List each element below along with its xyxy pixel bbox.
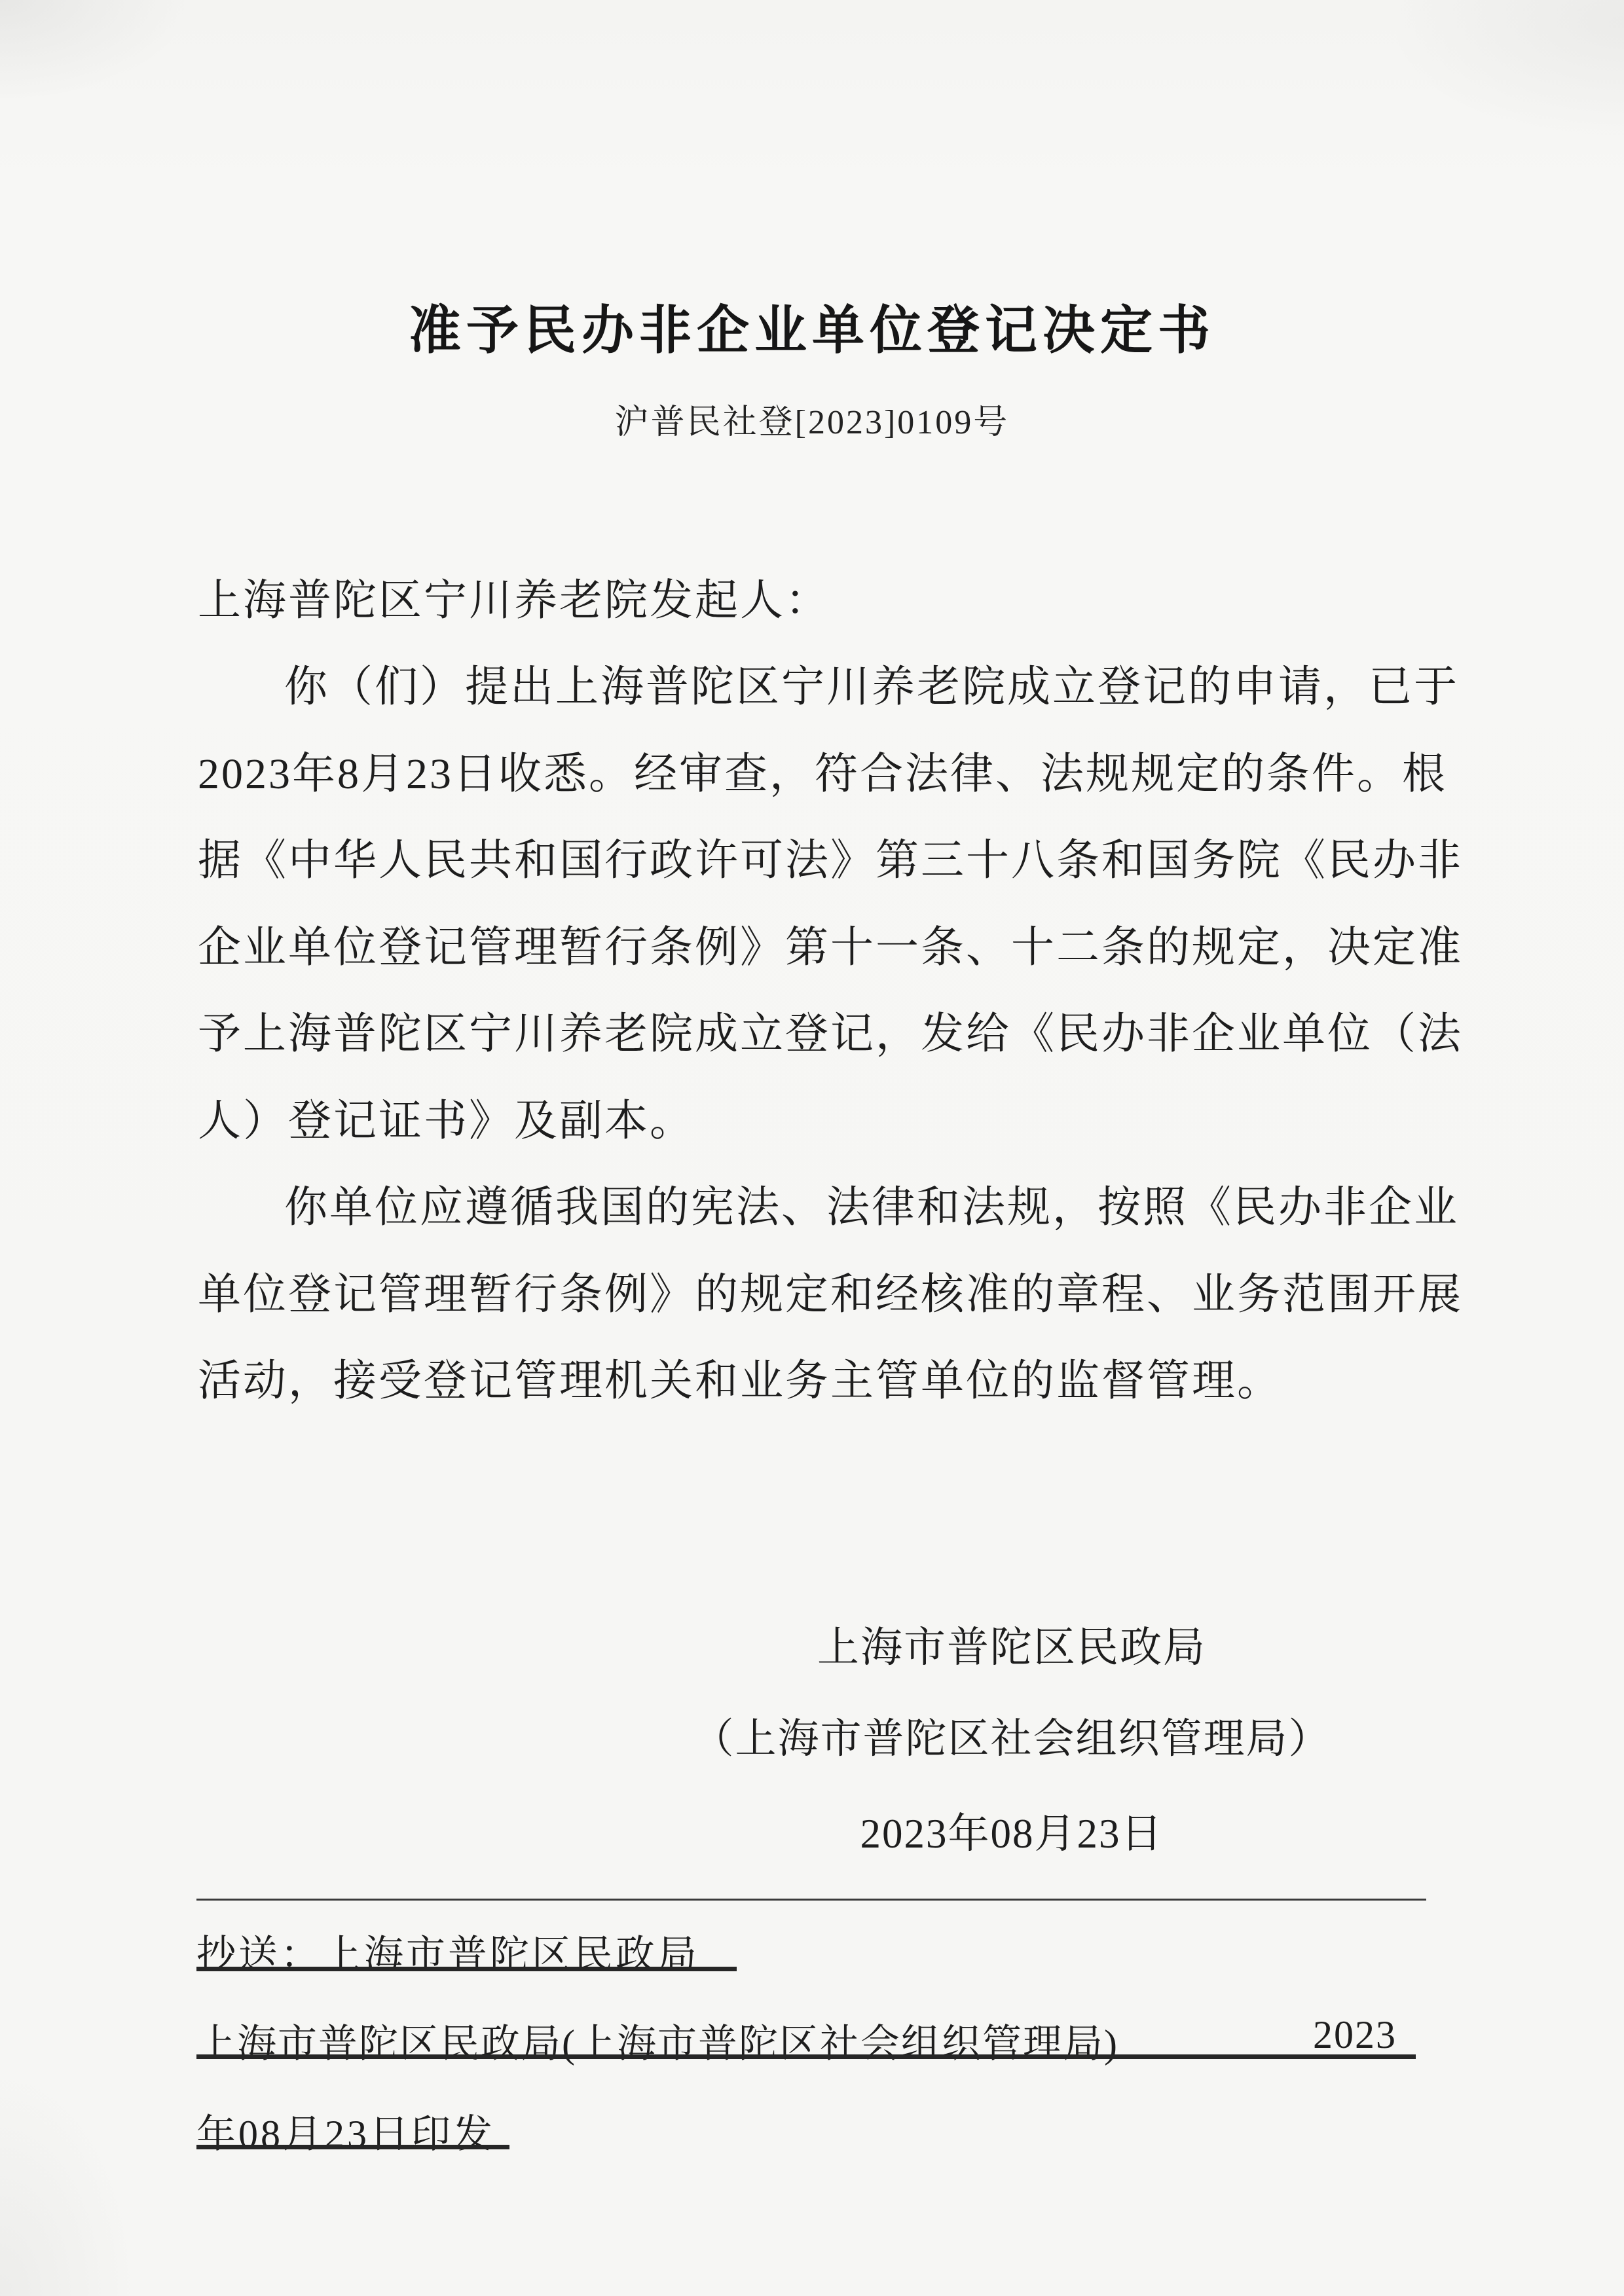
body-line: 单位登记管理暂行条例》的规定和经核准的章程、业务范围开展 xyxy=(198,1273,1445,1317)
footer-divider xyxy=(196,1899,1426,1901)
issue-tail-underline xyxy=(196,2145,509,2149)
body-line: 你（们）提出上海普陀区宁川养老院成立登记的申请，已于 xyxy=(198,666,1532,709)
body-line: 人）登记证书》及副本。 xyxy=(198,1100,1445,1143)
page-title: 准予民办非企业单位登记决定书 xyxy=(0,288,1624,363)
issue-org: 上海市普陀区民政局(上海市普陀区社会组织管理局) xyxy=(196,2022,1118,2066)
body-line: 企业单位登记管理暂行条例》第十一条、十二条的规定，决定准 xyxy=(198,926,1445,970)
scanned-decision-letter: 准予民办非企业单位登记决定书 沪普民社登[2023]0109号 上海普陀区宁川养… xyxy=(0,0,1624,2296)
body-line: 予上海普陀区宁川养老院成立登记，发给《民办非企业单位（法 xyxy=(198,1013,1445,1056)
body-line: 据《中华人民共和国行政许可法》第三十八条和国务院《民办非 xyxy=(198,839,1445,883)
cc-underline xyxy=(196,1967,737,1971)
issue-line: 上海市普陀区民政局(上海市普陀区社会组织管理局) 2023 xyxy=(196,2013,1118,2069)
document-number: 沪普民社登[2023]0109号 xyxy=(0,394,1624,443)
signature-date: 2023年08月23日 xyxy=(0,1800,1624,1860)
issue-tail-line: 年08月23日印发 xyxy=(196,2103,495,2159)
signature-org-alias: （上海市普陀区社会组织管理局） xyxy=(0,1705,1624,1765)
body-line: 2023年8月23日收悉。经审查，符合法律、法规规定的条件。根 xyxy=(198,753,1445,796)
body-line: 你单位应遵循我国的宪法、法律和法规，按照《民办非企业 xyxy=(198,1186,1532,1230)
body-line: 活动，接受登记管理机关和业务主管单位的监督管理。 xyxy=(198,1360,1445,1403)
cc-line: 抄送：上海市普陀区民政局 xyxy=(196,1923,699,1980)
salutation-line: 上海普陀区宁川养老院发起人： xyxy=(198,579,1445,623)
issue-underline xyxy=(196,2054,1416,2059)
issue-year: 2023 xyxy=(1313,2013,1397,2058)
signature-org: 上海市普陀区民政局 xyxy=(0,1614,1624,1674)
